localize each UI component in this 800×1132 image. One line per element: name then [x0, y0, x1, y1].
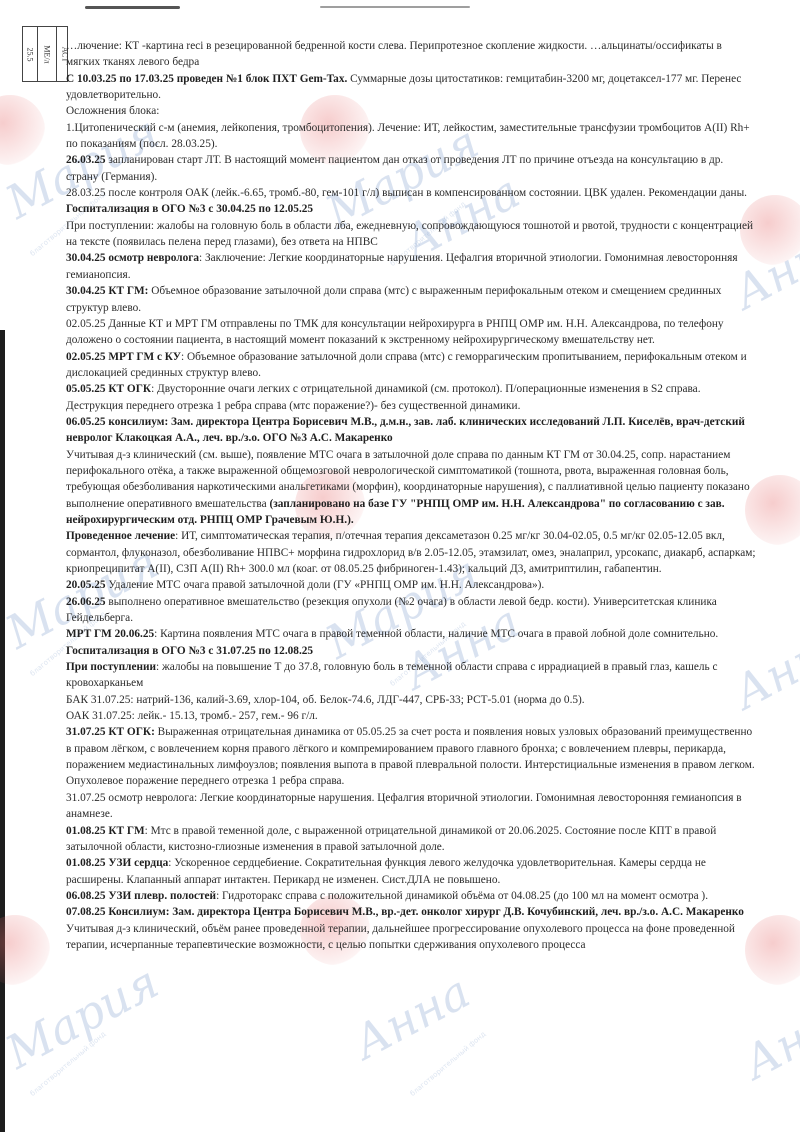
record-paragraph: 26.06.25 выполнено оперативное вмешатель…	[66, 594, 756, 627]
watermark-logo-icon	[0, 95, 45, 165]
paragraph-text: : Двусторонние очаги легких с отрицатель…	[66, 383, 701, 411]
paragraph-heading: МРТ ГМ 20.06.25	[66, 628, 154, 640]
paragraph-heading: 07.08.25 Консилиум: Зам. директора Центр…	[66, 906, 744, 918]
record-paragraph: ОАК 31.07.25: лейк.- 15.13, тромб.- 257,…	[66, 708, 756, 724]
paragraph-text: : Гидроторакс справа с положительной дин…	[216, 890, 708, 902]
lab-stamp-box: 25.5 МЕ/л АСТ	[22, 26, 68, 82]
paragraph-text: 1.Цитопенический с-м (анемия, лейкопения…	[66, 122, 750, 150]
record-paragraph: 1.Цитопенический с-м (анемия, лейкопения…	[66, 120, 756, 153]
stamp-unit: МЕ/л	[43, 45, 52, 63]
paragraph-heading: 01.08.25 УЗИ сердца	[66, 857, 168, 869]
paragraph-heading: Госпитализация в ОГО №3 с 31.07.25 по 12…	[66, 645, 313, 657]
record-paragraph: Проведенное лечение: ИТ, симптоматическа…	[66, 528, 756, 577]
paragraph-text: выполнено оперативное вмешательство (рез…	[66, 596, 717, 624]
scan-artifact-line	[85, 6, 180, 9]
watermark-subtext: благотворительный фонд	[29, 1030, 108, 1098]
medical-record-text: …лючение: КТ -картина recі в резецирован…	[66, 38, 756, 953]
paragraph-heading: 20.05.25	[66, 579, 106, 591]
record-paragraph: Учитывая д-з клинический, объём ранее пр…	[66, 921, 756, 954]
paragraph-text: : Картина появления МТС очага в правой т…	[154, 628, 718, 640]
record-paragraph: 01.08.25 КТ ГМ: Мтс в правой теменной до…	[66, 823, 756, 856]
paragraph-text: БАК 31.07.25: натрий-136, калий-3.69, хл…	[66, 694, 585, 706]
paragraph-heading: 06.08.25 УЗИ плевр. полостей	[66, 890, 216, 902]
document-page: Мария Мария Анна Анна Мария Мария Анна А…	[0, 0, 800, 1132]
paragraph-heading: 30.04.25 КТ ГМ:	[66, 285, 148, 297]
record-paragraph: При поступлении: жалобы на головную боль…	[66, 218, 756, 251]
record-paragraph: Осложнения блока:	[66, 103, 756, 119]
record-paragraph: 28.03.25 после контроля ОАК (лейк.-6.65,…	[66, 185, 756, 201]
record-paragraph: Госпитализация в ОГО №3 с 30.04.25 по 12…	[66, 201, 756, 217]
paragraph-heading: 26.06.25	[66, 596, 106, 608]
paragraph-heading: С 10.03.25 по 17.03.25 проведен №1 блок …	[66, 73, 347, 85]
paragraph-text: ОАК 31.07.25: лейк.- 15.13, тромб.- 257,…	[66, 710, 318, 722]
paragraph-text: При поступлении: жалобы на головную боль…	[66, 220, 753, 248]
paragraph-text: Объемное образование затылочной доли спр…	[66, 285, 721, 313]
record-paragraph: При поступлении: жалобы на повышение Т д…	[66, 659, 756, 692]
record-paragraph: 06.08.25 УЗИ плевр. полостей: Гидроторак…	[66, 888, 756, 904]
paragraph-heading: При поступлении	[66, 661, 156, 673]
record-paragraph: 06.05.25 консилиум: Зам. директора Центр…	[66, 414, 756, 447]
record-paragraph: …лючение: КТ -картина recі в резецирован…	[66, 38, 756, 71]
paragraph-text: 31.07.25 осмотр невролога: Легкие коорди…	[66, 792, 742, 820]
paragraph-text: Учитывая д-з клинический, объём ранее пр…	[66, 923, 735, 951]
record-paragraph: 01.08.25 УЗИ сердца: Ускоренное сердцеби…	[66, 855, 756, 888]
watermark-text: Мария	[0, 955, 167, 1080]
record-paragraph: БАК 31.07.25: натрий-136, калий-3.69, хл…	[66, 692, 756, 708]
record-paragraph: МРТ ГМ 20.06.25: Картина появления МТС о…	[66, 626, 756, 642]
paragraph-heading: 01.08.25 КТ ГМ	[66, 825, 145, 837]
watermark-subtext: благотворительный фонд	[409, 1030, 488, 1098]
paragraph-text: : Мтс в правой теменной доле, с выраженн…	[66, 825, 716, 853]
record-paragraph: 02.05.25 МРТ ГМ с КУ: Объемное образован…	[66, 349, 756, 382]
paragraph-heading: 31.07.25 КТ ОГК:	[66, 726, 155, 738]
paragraph-text: Удаление МТС очага правой затылочной дол…	[106, 579, 545, 591]
watermark-logo-icon	[0, 915, 50, 985]
record-paragraph: 07.08.25 Консилиум: Зам. директора Центр…	[66, 904, 756, 920]
watermark-text: Анна	[735, 984, 800, 1089]
paragraph-heading: 30.04.25 осмотр невролога	[66, 252, 199, 264]
paragraph-heading: 26.03.25	[66, 154, 106, 166]
record-paragraph: С 10.03.25 по 17.03.25 проведен №1 блок …	[66, 71, 756, 104]
record-paragraph: 31.07.25 КТ ОГК: Выраженная отрицательна…	[66, 724, 756, 789]
record-paragraph: Госпитализация в ОГО №3 с 31.07.25 по 12…	[66, 643, 756, 659]
paragraph-text: : жалобы на повышение Т до 37.8, головну…	[66, 661, 718, 689]
paragraph-text: запланирован старт ЛТ. В настоящий момен…	[66, 154, 723, 182]
record-paragraph: Учитывая д-з клинический (см. выше), поя…	[66, 447, 756, 529]
paragraph-heading: 06.05.25 консилиум: Зам. директора Центр…	[66, 416, 745, 444]
scan-left-edge	[0, 330, 5, 1132]
record-paragraph: 20.05.25 Удаление МТС очага правой затыл…	[66, 577, 756, 593]
paragraph-text: Выраженная отрицательная динамика от 05.…	[66, 726, 755, 787]
record-paragraph: 26.03.25 запланирован старт ЛТ. В настоя…	[66, 152, 756, 185]
paragraph-heading: 02.05.25 МРТ ГМ с КУ	[66, 351, 181, 363]
record-paragraph: 02.05.25 Данные КТ и МРТ ГМ отправлены п…	[66, 316, 756, 349]
record-paragraph: 05.05.25 КТ ОГК: Двусторонние очаги легк…	[66, 381, 756, 414]
stamp-value: 25.5	[26, 47, 35, 61]
scan-artifact-line	[320, 6, 470, 8]
record-paragraph: 30.04.25 КТ ГМ: Объемное образование зат…	[66, 283, 756, 316]
paragraph-text: …лючение: КТ -картина recі в резецирован…	[66, 40, 722, 68]
paragraph-text: Осложнения блока:	[66, 105, 159, 117]
paragraph-heading: 05.05.25 КТ ОГК	[66, 383, 151, 395]
paragraph-text: 28.03.25 после контроля ОАК (лейк.-6.65,…	[66, 187, 747, 199]
record-paragraph: 31.07.25 осмотр невролога: Легкие коорди…	[66, 790, 756, 823]
paragraph-heading: Госпитализация в ОГО №3 с 30.04.25 по 12…	[66, 203, 313, 215]
watermark-text: Анна	[345, 964, 479, 1069]
paragraph-heading: Проведенное лечение	[66, 530, 175, 542]
record-paragraph: 30.04.25 осмотр невролога: Заключение: Л…	[66, 250, 756, 283]
paragraph-text: 02.05.25 Данные КТ и МРТ ГМ отправлены п…	[66, 318, 724, 346]
